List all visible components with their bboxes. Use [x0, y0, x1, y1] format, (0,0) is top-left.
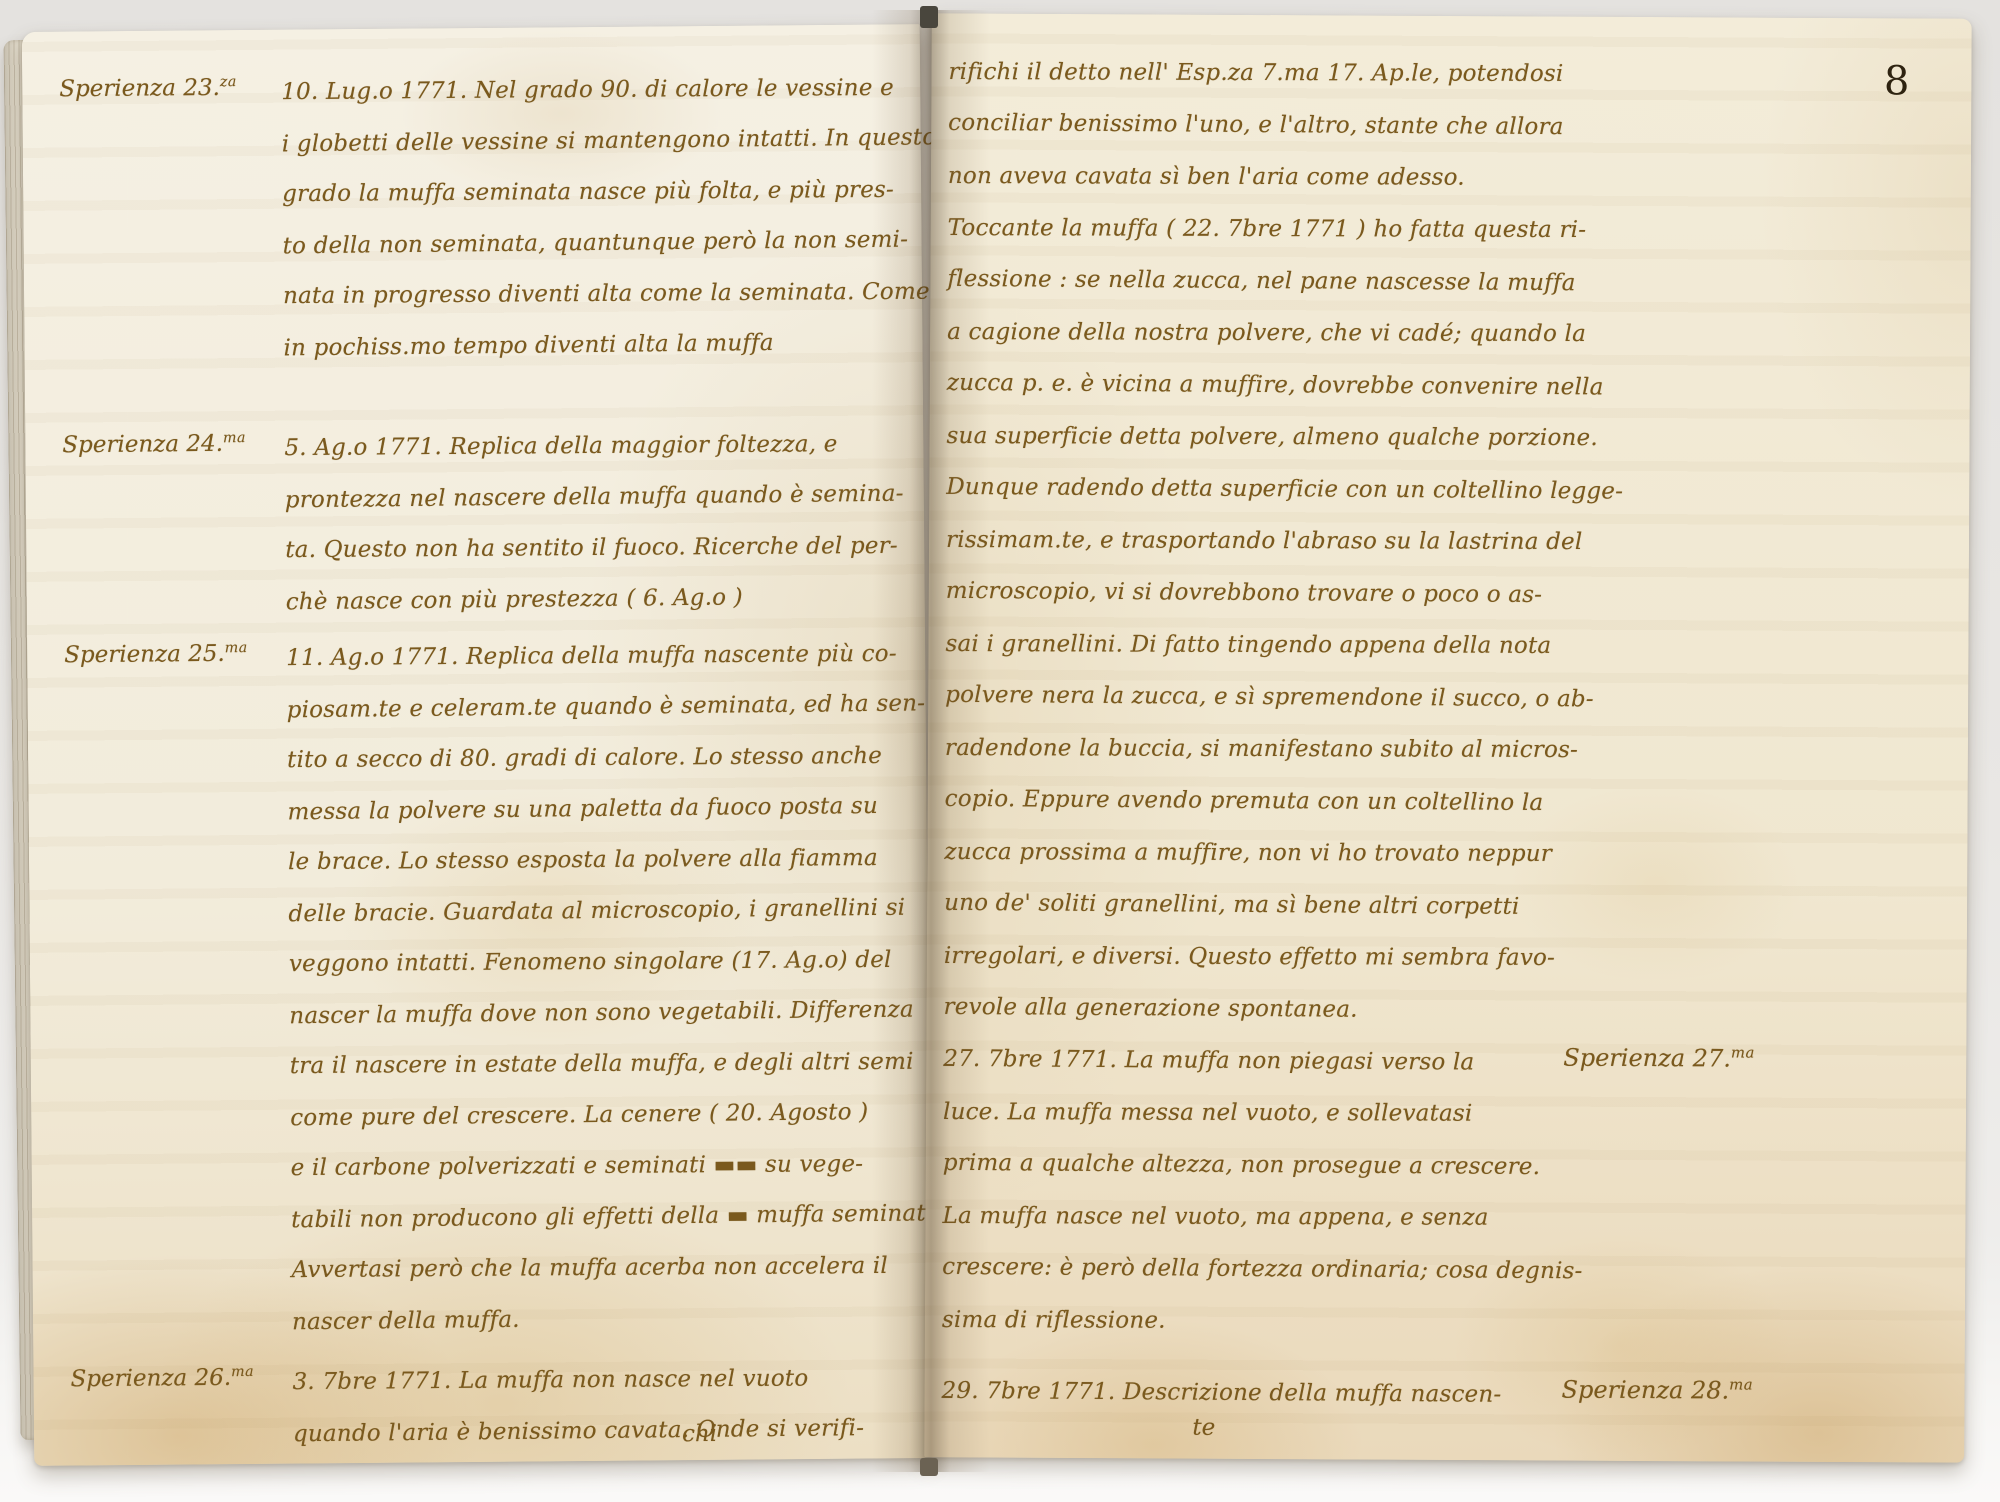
- manuscript-line: La muffa nasce nel vuoto, ma appena, e s…: [942, 1190, 1560, 1244]
- manuscript-line: 3. 7bre 1771. La muffa non nasce nel vuo…: [292, 1353, 920, 1408]
- ordinal-superscript: ma: [231, 1364, 254, 1380]
- manuscript-line: sua superficie detta polvere, almeno qua…: [946, 410, 1564, 464]
- manuscript-line: sima di riflessione.: [942, 1294, 1560, 1348]
- manuscript-line: zucca p. e. è vicina a muffire, dovrebbe…: [947, 357, 1565, 413]
- manuscript-line: flessione : se nella zucca, nel pane nas…: [947, 253, 1565, 309]
- experiment-margin-label: Sperienza 28.ma: [1562, 1375, 1842, 1405]
- manuscript-line: crescere: è però della fortezza ordinari…: [942, 1241, 1560, 1297]
- manuscript-line: chè nasce con più prestezza ( 6. Ag.o ): [285, 571, 914, 629]
- experiment-margin-label: Sperienza 26.ma: [70, 1364, 285, 1393]
- manuscript-line: Dunque radendo detta superficie con un c…: [946, 461, 1564, 517]
- manuscript-line: 29. 7bre 1771. Descrizione della muffa n…: [941, 1365, 1559, 1421]
- manuscript-entry: Sperienza 28.ma29. 7bre 1771. Descrizion…: [941, 1365, 1559, 1420]
- manuscript-line: nata in progresso diventi alta come la s…: [283, 267, 911, 322]
- manuscript-line: come pure del crescere. La cenere ( 20. …: [290, 1087, 919, 1145]
- manuscript-line: messa la polvere su una paletta da fuoco…: [287, 781, 916, 839]
- binding-top: [920, 6, 938, 28]
- manuscript-line: le brace. Lo stesso esposta la polvere a…: [288, 833, 916, 888]
- manuscript-line: sai i granellini. Di fatto tingendo appe…: [945, 618, 1563, 672]
- manuscript-line: quando l'aria è benissimo cavata. Onde s…: [293, 1402, 922, 1460]
- manuscript-line: Toccante la muffa ( 22. 7bre 1771 ) ho f…: [948, 202, 1566, 256]
- ordinal-superscript: ma: [1729, 1375, 1753, 1393]
- binding-bottom: [920, 1458, 938, 1476]
- photo-backdrop: Sperienza 23.za10. Lug.o 1771. Nel grado…: [0, 0, 2000, 1502]
- manuscript-line: conciliar benissimo l'uno, e l'altro, st…: [948, 97, 1566, 153]
- manuscript-line: irregolari, e diversi. Questo effetto mi…: [944, 930, 1562, 984]
- manuscript-line: rissimam.te, e trasportando l'abraso su …: [946, 514, 1564, 568]
- manuscript-line: non aveva cavata sì ben l'aria come ades…: [948, 150, 1566, 204]
- catchword-left: chi: [682, 1421, 717, 1447]
- manuscript-line: polvere nera la zucca, e sì spremendone …: [945, 669, 1563, 725]
- experiment-margin-label: Sperienza 25.ma: [64, 640, 279, 669]
- manuscript-line: 10. Lug.o 1771. Nel grado 90. di calore …: [281, 63, 909, 118]
- manuscript-line: prontezza nel nascere della muffa quando…: [285, 469, 914, 527]
- ordinal-superscript: za: [220, 74, 237, 90]
- manuscript-line: radendone la buccia, si manifestano subi…: [945, 722, 1563, 776]
- ordinal-superscript: ma: [225, 640, 248, 656]
- manuscript-entry: Sperienza 23.za10. Lug.o 1771. Nel grado…: [281, 62, 912, 373]
- manuscript-line: grado la muffa seminata nasce più folta,…: [282, 165, 910, 220]
- manuscript-line: veggono intatti. Fenomeno singolare (17.…: [289, 935, 917, 990]
- manuscript-entry: rifichi il detto nell' Esp.za 7.ma 17. A…: [948, 45, 1567, 204]
- experiment-margin-label: Sperienza 23.za: [59, 74, 274, 103]
- left-page: Sperienza 23.za10. Lug.o 1771. Nel grado…: [22, 24, 932, 1466]
- experiment-margin-label: Sperienza 24.ma: [62, 430, 277, 459]
- right-page-text-column: rifichi il detto nell' Esp.za 7.ma 17. A…: [941, 45, 1566, 1420]
- manuscript-line: i globetti delle vessine si mantengono i…: [281, 113, 910, 171]
- manuscript-line: uno de' soliti granellini, ma sì bene al…: [944, 877, 1562, 933]
- manuscript-line: tra il nascere in estate della muffa, e …: [290, 1037, 918, 1092]
- manuscript-line: tito a secco di 80. gradi di calore. Lo …: [287, 731, 915, 786]
- manuscript-line: 5. Ag.o 1771. Replica della maggior folt…: [284, 419, 912, 474]
- manuscript-line: e il carbone polverizzati e seminati ▬▬ …: [291, 1139, 919, 1194]
- manuscript-line: piosam.te e celeram.te quando è seminata…: [286, 679, 915, 737]
- manuscript-line: delle bracie. Guardata al microscopio, i…: [288, 883, 917, 941]
- left-page-text-column: Sperienza 23.za10. Lug.o 1771. Nel grado…: [281, 62, 921, 1459]
- manuscript-entry: Sperienza 26.ma3. 7bre 1771. La muffa no…: [292, 1352, 921, 1459]
- ordinal-superscript: ma: [1731, 1043, 1755, 1061]
- manuscript-line: ta. Questo non ha sentito il fuoco. Rice…: [285, 521, 913, 576]
- manuscript-line: to della non seminata, quantunque però l…: [282, 215, 911, 273]
- manuscript-line: a cagione della nostra polvere, che vi c…: [947, 306, 1565, 360]
- manuscript-line: nascer la muffa dove non sono vegetabili…: [289, 985, 918, 1043]
- manuscript-line: copio. Eppure avendo premuta con un colt…: [944, 773, 1562, 829]
- manuscript-entry: Sperienza 24.ma5. Ag.o 1771. Replica del…: [284, 418, 914, 627]
- manuscript-entry: Sperienza 25.ma11. Ag.o 1771. Replica de…: [286, 628, 920, 1347]
- manuscript-line: prima a qualche altezza, non prosegue a …: [943, 1137, 1561, 1193]
- experiment-margin-label: Sperienza 27.ma: [1563, 1043, 1843, 1073]
- ordinal-superscript: ma: [223, 430, 246, 446]
- manuscript-line: microscopio, vi si dovrebbono trovare o …: [946, 565, 1564, 621]
- manuscript-line: 11. Ag.o 1771. Replica della muffa nasce…: [286, 629, 914, 684]
- manuscript-line: nascer della muffa.: [292, 1290, 921, 1348]
- manuscript-entry: Sperienza 27.ma27. 7bre 1771. La muffa n…: [942, 1033, 1562, 1348]
- manuscript-entry: Toccante la muffa ( 22. 7bre 1771 ) ho f…: [943, 201, 1565, 1036]
- manuscript-line: luce. La muffa messa nel vuoto, e sollev…: [943, 1086, 1561, 1140]
- manuscript-line: revole alla generazione spontanea.: [943, 981, 1561, 1037]
- right-page: 8 rifichi il detto nell' Esp.za 7.ma 17.…: [924, 13, 1972, 1462]
- manuscript-line: rifichi il detto nell' Esp.za 7.ma 17. A…: [948, 46, 1566, 100]
- catchword-right: te: [1192, 1415, 1215, 1441]
- manuscript-line: tabili non producono gli effetti della ▬…: [291, 1189, 920, 1247]
- page-number: 8: [1884, 58, 1910, 104]
- manuscript-line: Avvertasi però che la muffa acerba non a…: [291, 1241, 919, 1296]
- manuscript-line: zucca prossima a muffire, non vi ho trov…: [944, 826, 1562, 880]
- manuscript-line: in pochiss.mo tempo diventi alta la muff…: [283, 317, 912, 375]
- manuscript-line: 27. 7bre 1771. La muffa non piegasi vers…: [943, 1033, 1561, 1089]
